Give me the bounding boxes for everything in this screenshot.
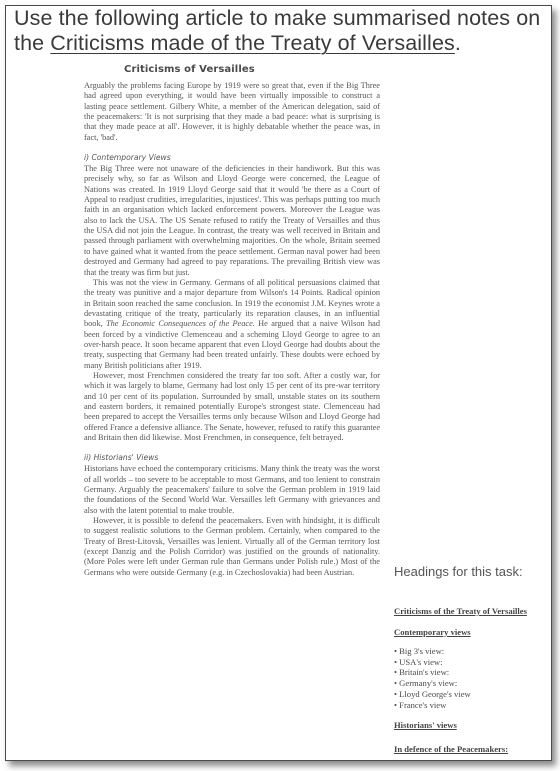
bullet-germany-view: Germany's view: xyxy=(394,678,554,689)
instruction-heading: Use the following article to make summar… xyxy=(14,6,544,56)
paragraph-contemporary-3: However, most Frenchmen considered the t… xyxy=(84,371,380,443)
article: Criticisms of Versailles Arguably the pr… xyxy=(84,64,380,578)
book-title-keynes: The Economic Consequences of the Peace. xyxy=(106,319,255,328)
bullet-usa-view: USA's view: xyxy=(394,657,554,668)
section-heading-contemporary: i) Contemporary Views xyxy=(84,153,380,163)
paragraph-contemporary-1: The Big Three were not unaware of the de… xyxy=(84,164,380,278)
views-bullet-list: Big 3's view: USA's view: Britain's view… xyxy=(394,646,554,710)
bullet-big3-view: Big 3's view: xyxy=(394,646,554,657)
paragraph-historians-2: However, it is possible to defend the pe… xyxy=(84,516,380,578)
paragraph-contemporary-2: This was not the view in Germany. German… xyxy=(84,278,380,371)
heading-criticisms: Criticisms of the Treaty of Versailles xyxy=(394,606,554,617)
heading-defence-of-peacemakers: In defence of the Peacemakers: xyxy=(394,744,554,755)
bullet-lloyd-george-view: Lloyd George's view xyxy=(394,689,554,700)
section-heading-historians: ii) Historians' Views xyxy=(84,453,380,463)
article-intro-paragraph: Arguably the problems facing Europe by 1… xyxy=(84,81,380,143)
bullet-france-view: France's view xyxy=(394,700,554,711)
paragraph-historians-1: Historians have echoed the contemporary … xyxy=(84,464,380,516)
headings-panel: Headings for this task: Criticisms of th… xyxy=(394,564,554,755)
heading-historians-views: Historians' views xyxy=(394,720,554,731)
instruction-suffix: . xyxy=(455,31,461,55)
heading-contemporary-views: Contemporary views xyxy=(394,627,554,638)
article-title: Criticisms of Versailles xyxy=(124,64,380,75)
bullet-britain-view: Britain's view: xyxy=(394,667,554,678)
headings-panel-title: Headings for this task: xyxy=(394,564,554,580)
instruction-topic: Criticisms made of the Treaty of Versail… xyxy=(50,31,455,55)
